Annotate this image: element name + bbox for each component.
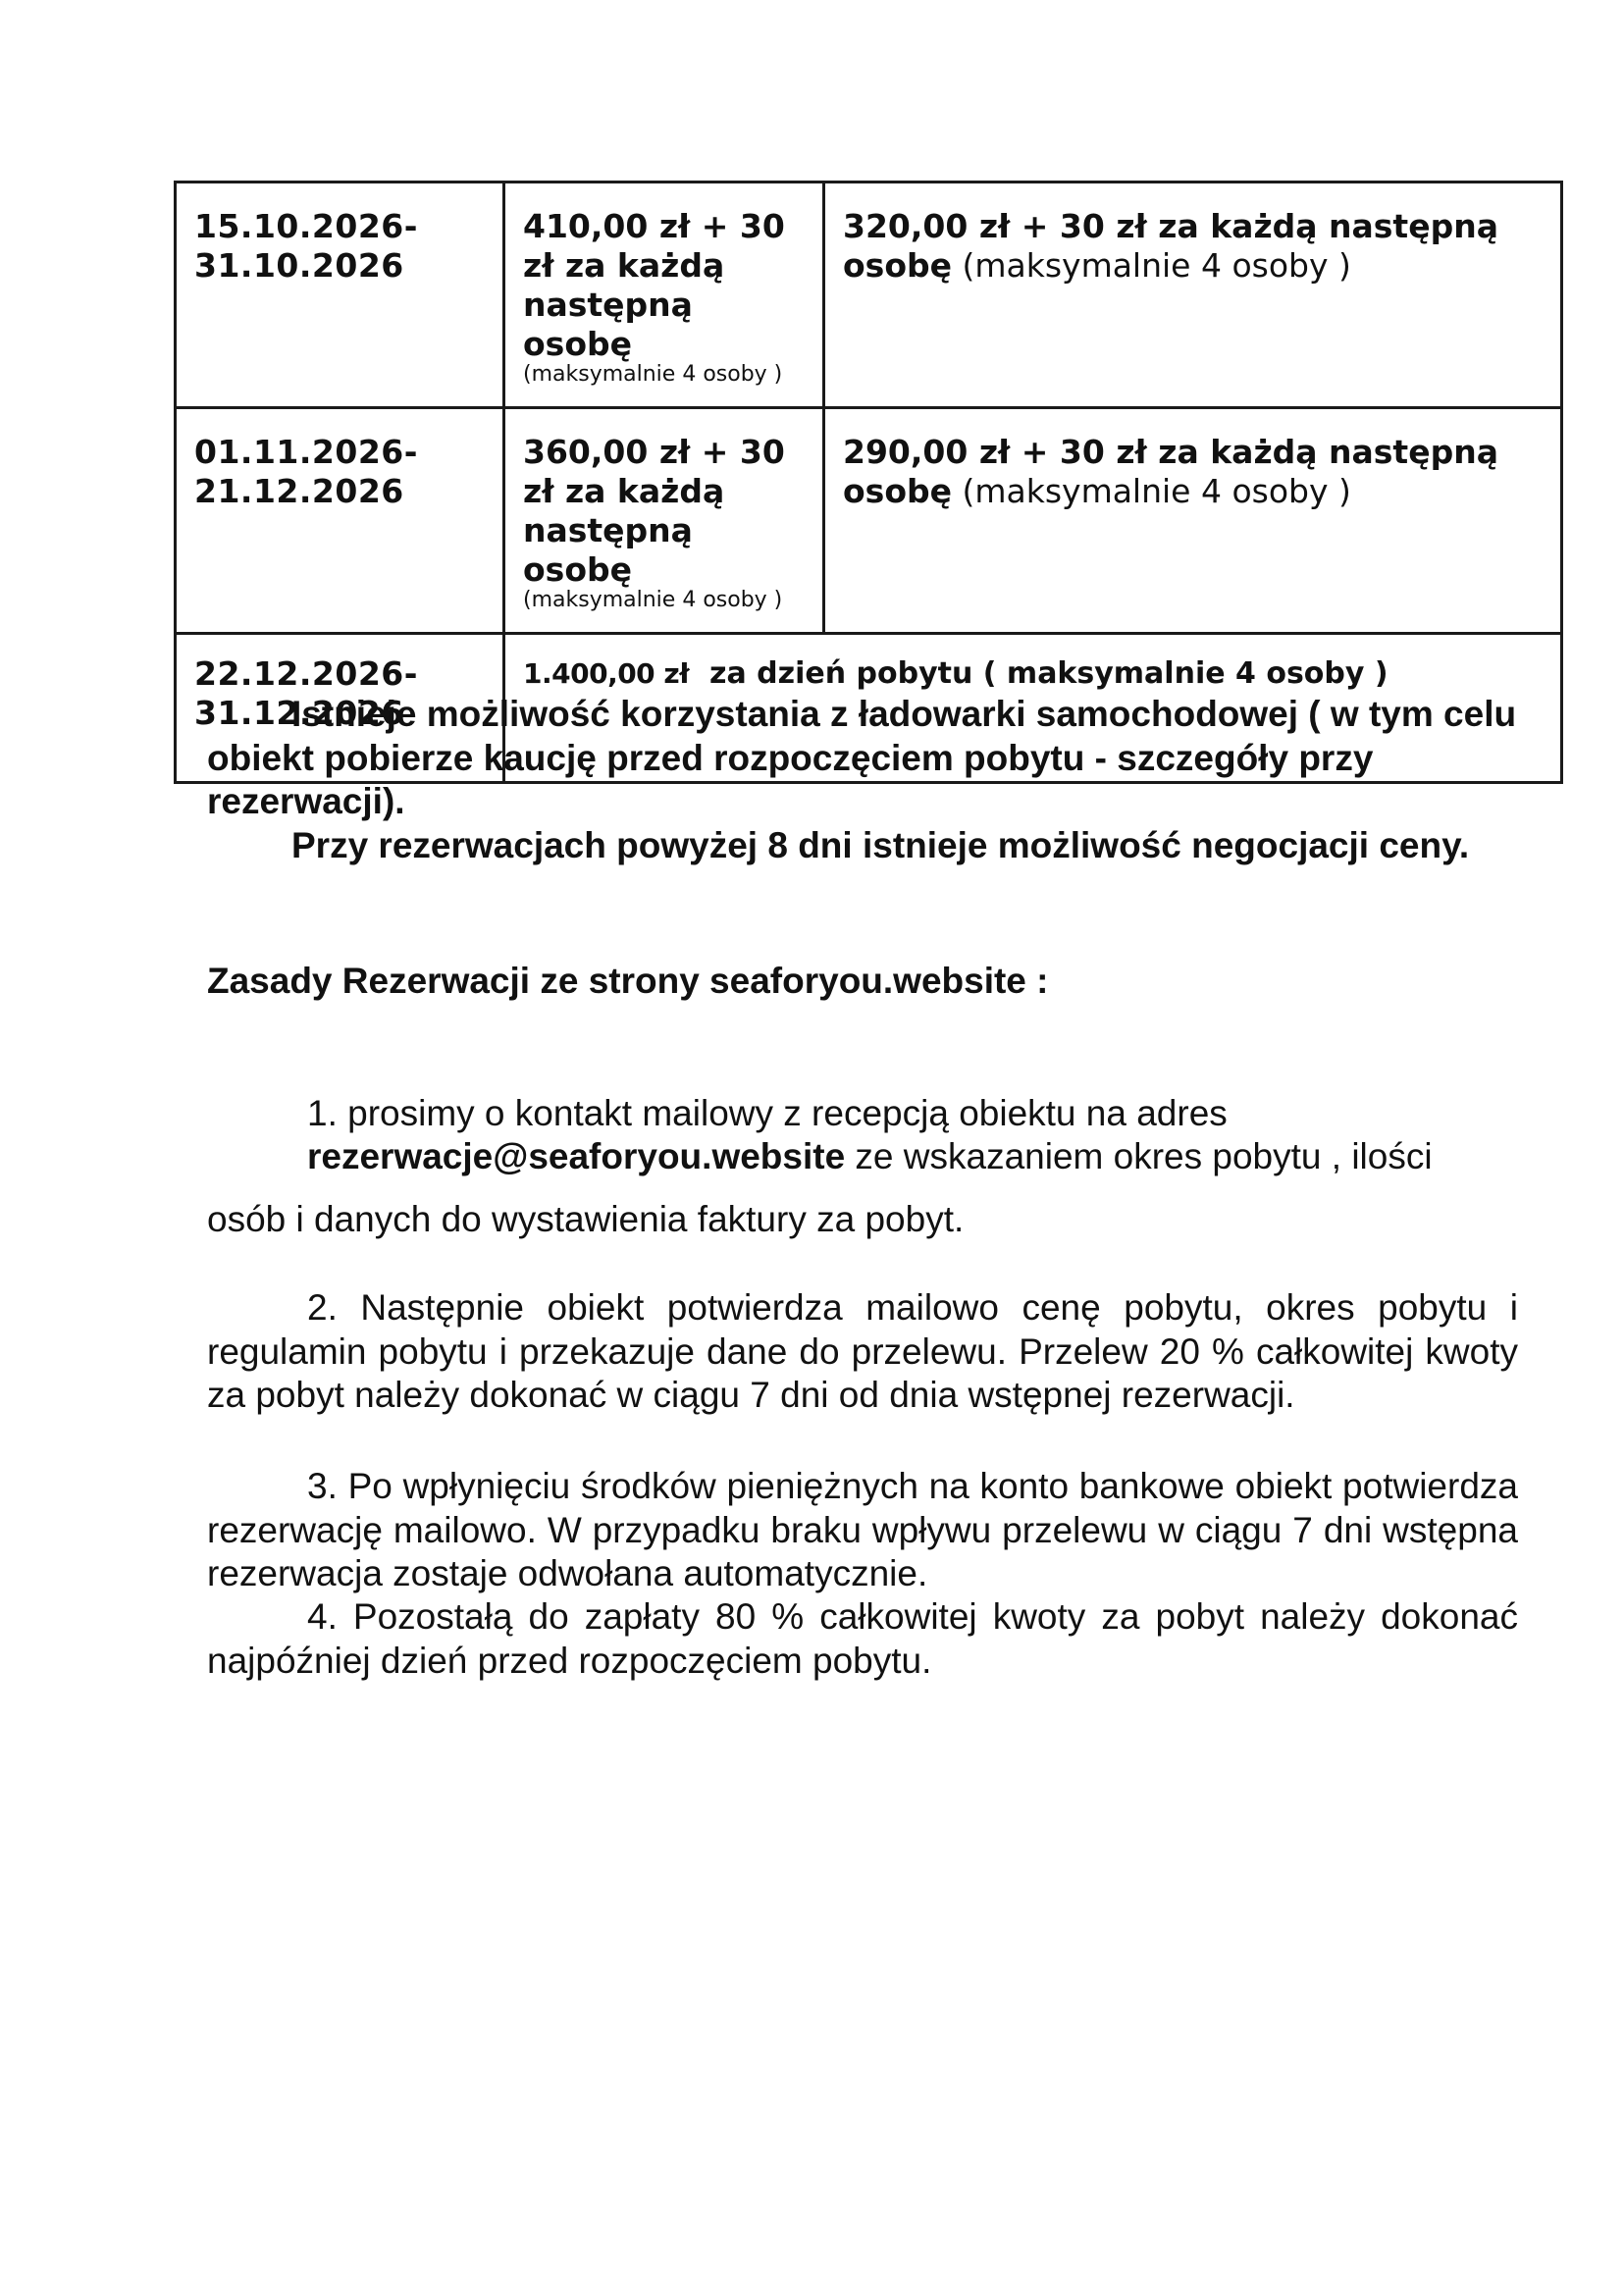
period-start: 15.10.2026- [194, 207, 485, 246]
period-cell: 01.11.2026- 21.12.2026 [176, 408, 504, 634]
price-text: 360,00 zł + 30 zł za każdą następną osob… [523, 433, 805, 590]
table-row: 15.10.2026- 31.10.2026 410,00 zł + 30 zł… [176, 183, 1562, 408]
holiday-description: za dzień pobytu ( maksymalnie 4 osoby ) [689, 656, 1388, 691]
price-text: 410,00 zł + 30 zł za każdą następną osob… [523, 207, 805, 364]
rule-item-4: 4. Pozostałą do zapłaty 80 % całkowitej … [207, 1595, 1518, 1683]
rule-item-1-line1: 1. prosimy o kontakt mailowy z recepcją … [307, 1093, 1228, 1134]
rule-item-1-line3: osób i danych do wystawienia faktury za … [207, 1199, 964, 1240]
reservation-email[interactable]: rezerwacje@seaforyou.website [307, 1136, 845, 1176]
holiday-amount: 1.400,00 zł [523, 657, 689, 690]
rules-heading: Zasady Rezerwacji ze strony seaforyou.we… [207, 960, 1518, 1004]
period-end: 21.12.2026 [194, 472, 485, 511]
charger-paragraph: Istnieje możliwość korzystania z ładowar… [207, 693, 1518, 824]
max-persons-note: (maksymalnie 4 osoby ) [523, 590, 805, 611]
rule-item-1-line2: rezerwacje@seaforyou.website ze wskazani… [307, 1136, 1433, 1177]
rule-item-2: 2. Następnie obiekt potwierdza mailowo c… [207, 1286, 1518, 1418]
rule-item-1-text: ze wskazaniem okres pobytu , ilości [845, 1136, 1432, 1176]
price-cell: 290,00 zł + 30 zł za każdą następną osob… [824, 408, 1562, 634]
period-start: 01.11.2026- [194, 433, 485, 472]
rule-item-3: 3. Po wpłynięciu środków pieniężnych na … [207, 1465, 1518, 1596]
price-cell: 360,00 zł + 30 zł za każdą następną osob… [504, 408, 824, 634]
period-cell: 15.10.2026- 31.10.2026 [176, 183, 504, 408]
max-persons-note: (maksymalnie 4 osoby ) [952, 472, 1351, 510]
period-start: 22.12.2026- [194, 654, 485, 694]
table-row: 01.11.2026- 21.12.2026 360,00 zł + 30 zł… [176, 408, 1562, 634]
max-persons-note: (maksymalnie 4 osoby ) [952, 246, 1351, 285]
period-end: 31.10.2026 [194, 246, 485, 286]
max-persons-note: (maksymalnie 4 osoby ) [523, 364, 805, 386]
price-cell: 410,00 zł + 30 zł za każdą następną osob… [504, 183, 824, 408]
price-cell: 320,00 zł + 30 zł za każdą następną osob… [824, 183, 1562, 408]
negotiation-paragraph: Przy rezerwacjach powyżej 8 dni istnieje… [207, 824, 1518, 868]
